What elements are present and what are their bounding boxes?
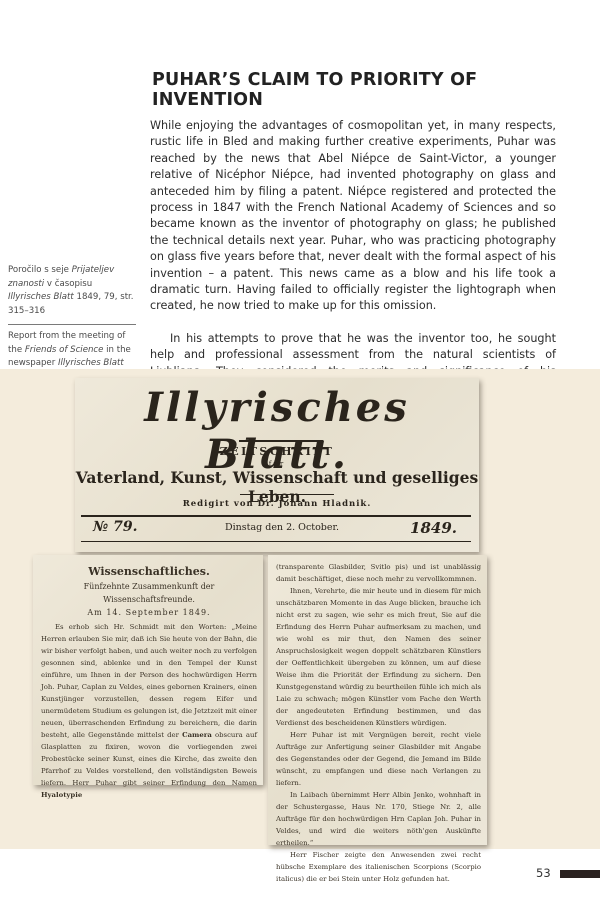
issue-number: № 79. [93, 519, 137, 535]
issue-date: Dinstag den 2. October. [225, 522, 339, 533]
paragraph: While enjoying the advantages of cosmopo… [150, 118, 556, 315]
section-title: PUHAR’S CLAIM TO PRIORITY OF INVENTION [152, 70, 572, 110]
article-heading: Wissenschaftliches. [41, 564, 257, 580]
article-clipping-right: (transparente Glasbilder, Svitlo pis) un… [268, 555, 487, 845]
masthead-editor: Redigirt von Dr. Johann Hladnik. [75, 499, 479, 509]
masthead-bottom-bar [81, 541, 471, 542]
article-text: Ihnen, Verehrte, die mir heute und in di… [276, 585, 481, 729]
article-text: (transparente Glasbilder, Svitlo pis) un… [276, 561, 481, 585]
article-text: Herr Fischer zeigte den Anwesenden zwei … [276, 849, 481, 885]
newspaper-masthead-clipping: Illyrisches Blatt. ZEITSCHRIFT für Vater… [75, 378, 479, 552]
article-subheading: Fünfzehnte Zusammenkunft der Wissenschaf… [41, 580, 257, 606]
caption-slovene: Poročilo s seje Prijateljev znanosti v č… [8, 264, 136, 318]
masthead-ornament-rule [240, 494, 334, 495]
article-text: Herr Puhar ist mit Vergnügen bereit, rec… [276, 729, 481, 789]
page-edge-bar [560, 870, 600, 878]
article-clipping-left: Wissenschaftliches. Fünfzehnte Zusammenk… [33, 555, 263, 785]
masthead-subtitle: ZEITSCHRIFT [75, 445, 479, 458]
figure-caption: Poročilo s seje Prijateljev znanosti v č… [8, 264, 136, 384]
article-dateline: Am 14. September 1849. [41, 606, 257, 619]
article-text: Es erhob sich Hr. Schmidt mit den Worten… [41, 621, 257, 801]
masthead-top-bar [81, 515, 471, 517]
page-number: 53 [536, 866, 551, 880]
caption-divider [8, 324, 136, 325]
masthead-fur: für [75, 460, 479, 468]
issue-year: 1849. [410, 519, 457, 537]
masthead-rule [239, 440, 323, 442]
article-text: In Laibach übernimmt Herr Albin Jenko, w… [276, 789, 481, 849]
